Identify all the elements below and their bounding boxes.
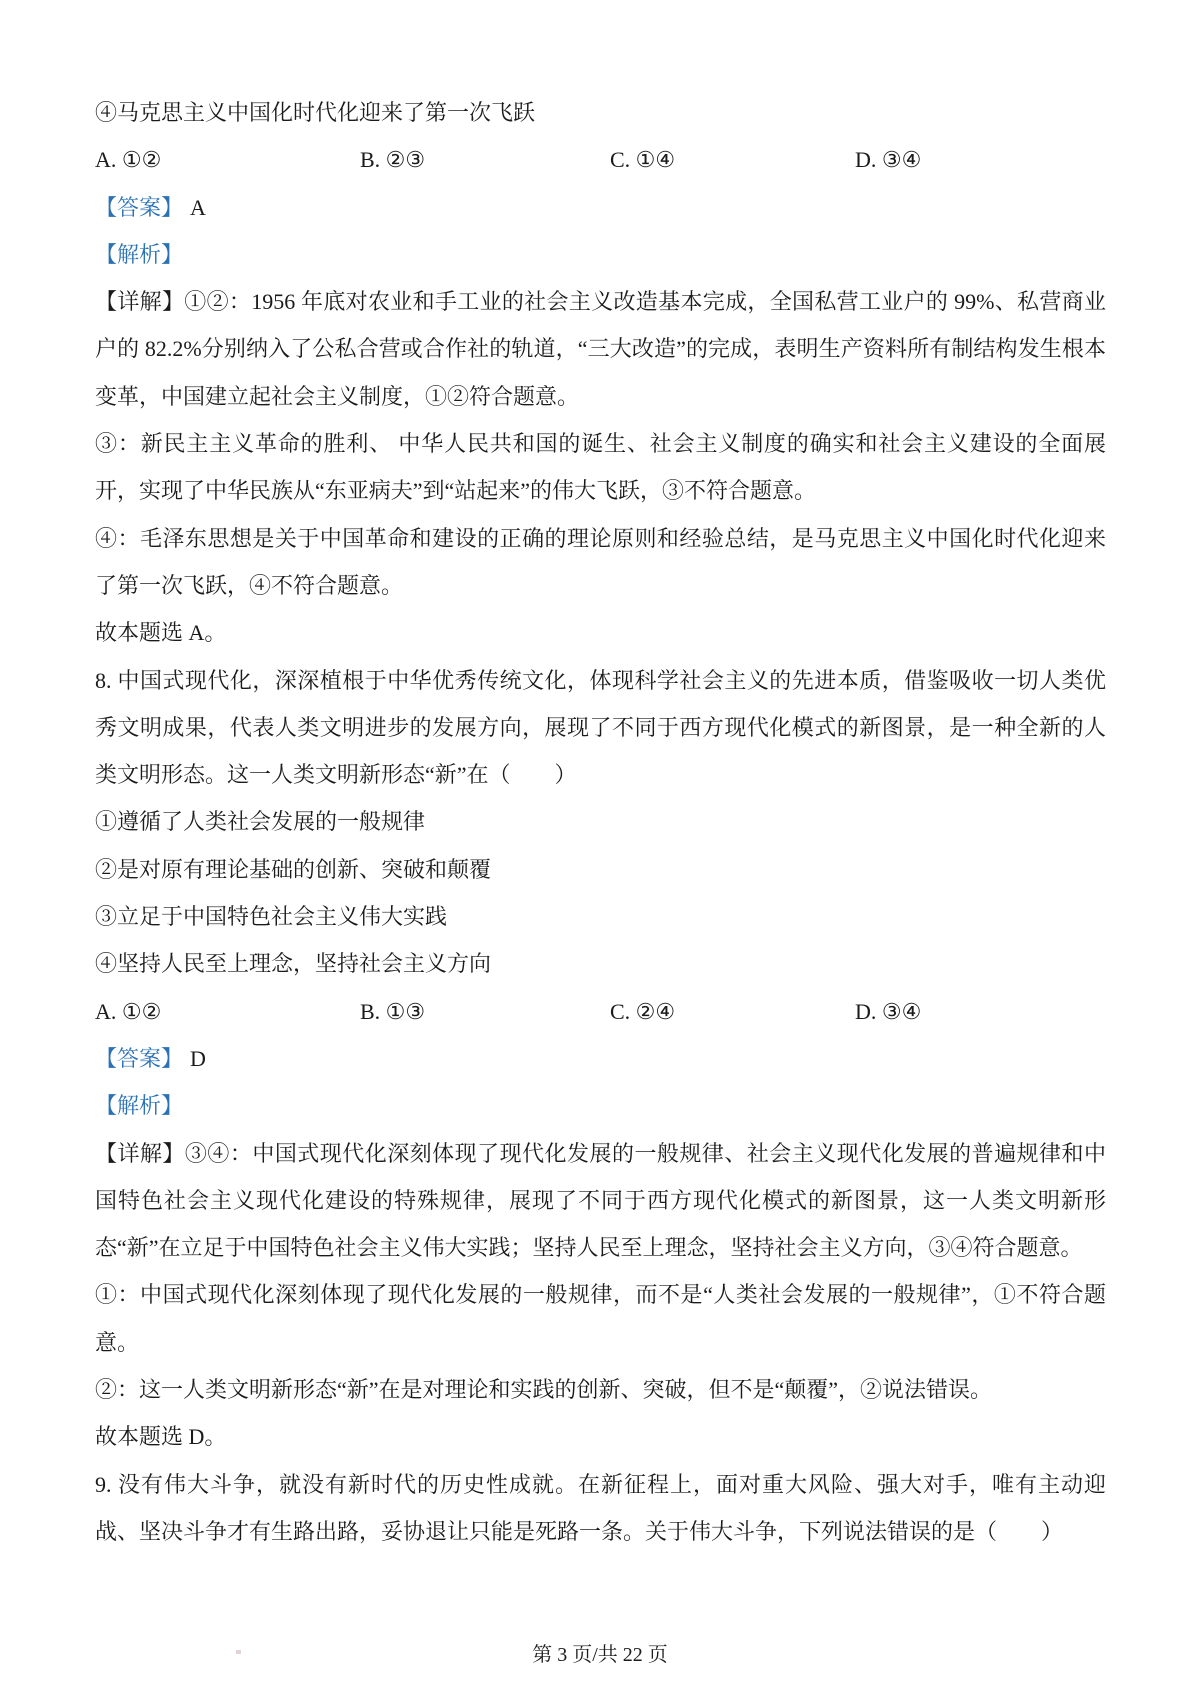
q7-choice-a: A. ①② <box>95 136 360 183</box>
q8-item-2: ②是对原有理论基础的创新、突破和颠覆 <box>95 846 1106 893</box>
page-footer: 第 3 页/共 22 页 <box>0 1640 1200 1670</box>
page-indicator: 第 3 页/共 22 页 <box>532 1644 668 1666</box>
q7-choices-row: A. ①② B. ②③ C. ①④ D. ③④ <box>95 136 1106 183</box>
q8-detail-paragraph-2: ①：中国式现代化深刻体现了现代化发展的一般规律，而不是“人类社会发展的一般规律”… <box>95 1271 1106 1366</box>
q8-analysis-line: 【解析】 <box>95 1082 1106 1129</box>
q8-answer-value: D <box>190 1046 206 1071</box>
q8-answer-line: 【答案】D <box>95 1035 1106 1082</box>
q8-choices-row: A. ①② B. ①③ C. ②④ D. ③④ <box>95 988 1106 1035</box>
q9-stem: 9. 没有伟大斗争，就没有新时代的历史性成就。在新征程上，面对重大风险、强大对手… <box>95 1461 1106 1556</box>
q8-answer-label: 【答案】 <box>95 1046 183 1071</box>
q7-choice-c: C. ①④ <box>610 136 855 183</box>
q8-choice-b: B. ①③ <box>360 988 610 1035</box>
q7-answer-value: A <box>190 195 206 220</box>
q7-analysis-label: 【解析】 <box>95 242 183 267</box>
q8-item-4: ④坚持人民至上理念，坚持社会主义方向 <box>95 940 1106 987</box>
q8-analysis-label: 【解析】 <box>95 1093 183 1118</box>
q8-item-3: ③立足于中国特色社会主义伟大实践 <box>95 893 1106 940</box>
q7-choice-b: B. ②③ <box>360 136 610 183</box>
q7-detail-paragraph-2: ③：新民主主义革命的胜利、 中华人民共和国的诞生、社会主义制度的确实和社会主义建… <box>95 420 1106 515</box>
document-content: ④马克思主义中国化时代化迎来了第一次飞跃 A. ①② B. ②③ C. ①④ D… <box>95 89 1106 1555</box>
exam-document-page: ④马克思主义中国化时代化迎来了第一次飞跃 A. ①② B. ②③ C. ①④ D… <box>0 0 1200 1698</box>
q7-stem-item-4: ④马克思主义中国化时代化迎来了第一次飞跃 <box>95 89 1106 136</box>
q7-conclusion: 故本题选 A。 <box>95 609 1106 656</box>
q7-detail-paragraph-3: ④：毛泽东思想是关于中国革命和建设的正确的理论原则和经验总结，是马克思主义中国化… <box>95 515 1106 610</box>
q7-answer-line: 【答案】A <box>95 184 1106 231</box>
q8-choice-c: C. ②④ <box>610 988 855 1035</box>
q8-conclusion: 故本题选 D。 <box>95 1413 1106 1460</box>
q8-item-1: ①遵循了人类社会发展的一般规律 <box>95 798 1106 845</box>
q7-analysis-line: 【解析】 <box>95 231 1106 278</box>
q7-choice-d: D. ③④ <box>855 136 1106 183</box>
q7-detail-paragraph-1: 【详解】①②：1956 年底对农业和手工业的社会主义改造基本完成，全国私营工业户… <box>95 278 1106 420</box>
q8-stem: 8. 中国式现代化，深深植根于中华优秀传统文化，体现科学社会主义的先进本质，借鉴… <box>95 657 1106 799</box>
q8-choice-d: D. ③④ <box>855 988 1106 1035</box>
q7-answer-label: 【答案】 <box>95 195 183 220</box>
q8-detail-paragraph-1: 【详解】③④：中国式现代化深刻体现了现代化发展的一般规律、社会主义现代化发展的普… <box>95 1130 1106 1272</box>
q8-detail-paragraph-3: ②：这一人类文明新形态“新”在是对理论和实践的创新、突破，但不是“颠覆”，②说法… <box>95 1366 1106 1413</box>
q8-choice-a: A. ①② <box>95 988 360 1035</box>
